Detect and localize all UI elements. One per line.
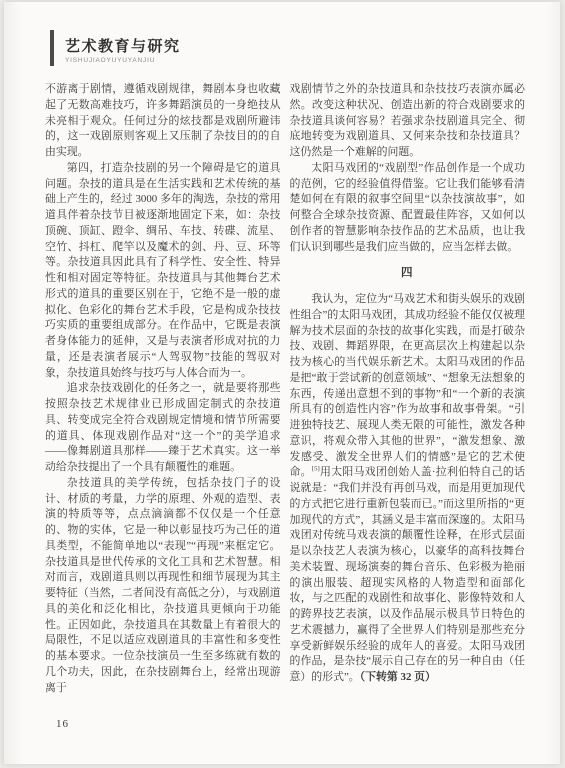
journal-page: 艺术教育与研究 YISHUJIAOYUYUYANJIU 不游离于剧情，遵循戏剧规… bbox=[4, 2, 560, 764]
right-column: 戏剧情节之外的杂技道具和杂技技巧表演亦属必然。改变这种状况、创造出新的符合戏剧要… bbox=[290, 82, 526, 704]
article-body: 不游离于剧情，遵循戏剧规律，舞剧本身也收藏起了无数高难技巧，许多舞蹈演员的一身绝… bbox=[45, 82, 525, 704]
journal-title: 艺术教育与研究 bbox=[65, 29, 181, 57]
paragraph-dramatization-task: 追求杂技戏剧化的任务之一，就是要将那些按照杂技艺术规律业已形成固定制式的杂技道具… bbox=[45, 381, 281, 476]
paragraph-conclusion: 我认为，定位为“马戏艺术和街头娱乐的戏剧性组合”的太阳马戏团，其成功经验不能仅仅… bbox=[290, 292, 526, 686]
journal-logo-bar bbox=[50, 30, 54, 66]
section-heading: 四 bbox=[290, 266, 526, 282]
conclusion-text-before-citation: 我认为，定位为“马戏艺术和街头娱乐的戏剧性组合”的太阳马戏团，其成功经验不能仅仅… bbox=[290, 293, 526, 478]
journal-subtitle: YISHUJIAOYUYUYANJIU bbox=[65, 57, 181, 65]
paragraph-prop-aesthetics: 杂技道具的美学传统，包括杂技门子的设计、材质的考量，力学的原理、外观的造型、表演… bbox=[45, 476, 281, 697]
left-column: 不游离于剧情，遵循戏剧规律，舞剧本身也收藏起了无数高难技巧，许多舞蹈演员的一身绝… bbox=[45, 82, 281, 704]
paragraph-continuation: 不游离于剧情，遵循戏剧规律，舞剧本身也收藏起了无数高难技巧，许多舞蹈演员的一身绝… bbox=[45, 82, 281, 161]
paragraph-cirque-example: 太阳马戏团的“戏剧型”作品创作是一个成功的范例，它的经验值得借鉴。它让我们能够看… bbox=[290, 161, 526, 256]
page-number: 16 bbox=[56, 718, 69, 730]
paragraph-props-problem: 第四，打造杂技剧的另一个障碍是它的道具问题。杂技的道具是在生活实践和艺术传统的基… bbox=[45, 161, 281, 382]
conclusion-text-after-citation: 用太阳马戏团创始人盖·拉利伯特自己的话说就是：“我们并没有再创马戏，而是用更加现… bbox=[290, 466, 526, 683]
paragraph-continuation-right: 戏剧情节之外的杂技道具和杂技技巧表演亦属必然。改变这种状况、创造出新的符合戏剧要… bbox=[290, 82, 526, 161]
journal-logo-text: 艺术教育与研究 YISHUJIAOYUYUYANJIU bbox=[65, 29, 181, 66]
turn-page-note: （下转第 32 页） bbox=[360, 671, 436, 683]
citation-marker: [5] bbox=[312, 466, 320, 473]
journal-header: 艺术教育与研究 YISHUJIAOYUYUYANJIU bbox=[50, 29, 181, 66]
